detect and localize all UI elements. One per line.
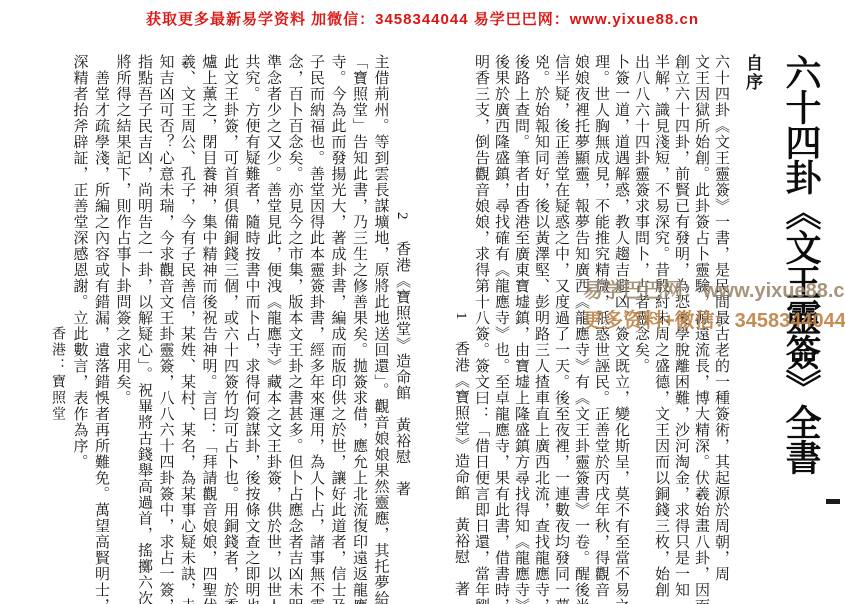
text-column: 將所得之結果記下，則作占事卜卦問簽之求用矣。: [111, 54, 133, 600]
text-column: 共究。方便有疑難者，隨時按書中而卜占，求得何簽謀卦，後按條文查之即明也。: [240, 54, 262, 600]
text-column: 後路上查問。筆者由香港至廣東寶墟鎮，由寶墟上隆盛鎮方尋找得知《龍應寺》，: [511, 54, 531, 600]
page1-attribution: 香港《寶照堂》造命館 黃裕慰 著: [453, 341, 469, 597]
text-column: 理。世人胸無成見，不能推究精微，祇惑世誣民。正善堂於丙戌年秋，得觀音: [591, 54, 611, 600]
preface-columns-page2: 主借荊州。等到雲長謀壙地，原將此地送回還」。觀音娘娘果然靈應，其托夢給「寶照堂」…: [68, 54, 391, 600]
text-column: 指點吾子民吉凶，尚明告之一卦，以解疑心」。祝畢將古錢舉高過首，搖擲六次，: [133, 54, 155, 600]
page2-header: 2 香港《寶照堂》造命館 黃裕慰 著: [391, 54, 413, 600]
page1-number: 1: [453, 312, 469, 321]
page2-attribution: 香港《寶照堂》造命館 黃裕慰 著: [394, 241, 410, 497]
page1-footer: 1 香港《寶照堂》造命館 黃裕慰 著: [451, 54, 471, 600]
text-column: 信半疑，後正善堂在疑惑之中，又度過了一天。後至夜裡，一連數夜均發同一夢: [551, 54, 571, 600]
page-right: 六十四卦《文王靈簽》全書 自序 六十四卦《文王靈簽》一書，是民間最古老的一種簽術…: [441, 40, 845, 600]
text-column: 主借荊州。等到雲長謀壙地，原將此地送回還」。觀音娘娘果然靈應，其托夢給: [369, 54, 391, 600]
page-left: 2 香港《寶照堂》造命館 黃裕慰 著 主借荊州。等到雲長謀壙地，原將此地送回還」…: [44, 40, 412, 600]
text-column: 卜簽一道，道遇解惑，教人趨吉避凶。簽文既立，變化斯呈，莫不有至當不易之: [611, 54, 631, 600]
page2-number: 2: [394, 212, 410, 221]
preface-columns-page1: 六十四卦《文王靈簽》一書，是民間最古老的一種簽術，其起源於周朝，周文王因獄所始創…: [471, 54, 731, 600]
text-column: 知吉凶可否？心意未瑞，今求觀音文王卦靈簽，八八六十四卦簽中，求占一簽，: [154, 54, 176, 600]
text-column: 爐上薰之，閉目養神，集中精神而後祝告神明。言曰：「拜請觀音娘娘，四聖伏: [197, 54, 219, 600]
text-column: 創立六十四卦，前賢已有發明，為恐後學脫離困難，沙河淘金，求得只是一知: [671, 54, 691, 600]
text-column: 兇。於始報知同好，後以黃澤堅、彭明路三人揸車直上廣西北流，查找龍應寺，: [531, 54, 551, 600]
text-column: 出八八六十四卦靈簽求事問卜，占者靈念矣。: [631, 54, 651, 600]
text-column: 六十四卦《文王靈簽》一書，是民間最古老的一種簽術，其起源於周朝，周: [711, 54, 731, 600]
promo-banner-text: 获取更多最新易学资料 加微信：3458344044 易学巴巴网：www.yixu…: [0, 8, 845, 29]
text-column: 準念者少之又少。善堂見此，便洩《龍應寺》藏本之文王卦簽，供於世，以世人: [262, 54, 284, 600]
scan-artifact-mark: [826, 499, 840, 504]
text-column: 明香三支，倒告觀音娘娘，求得第十八簽。簽文曰：「借日便言即日還，當年劉: [471, 54, 491, 600]
text-column: 後果於廣西隆盛鎮，尋找確有《龍應寺》也。至卓龍應寺，果有此書，借書時，: [491, 54, 511, 600]
preface-heading: 自序: [739, 54, 765, 600]
text-column: 念，百卜百念矣。亦見今之市集，版本文王卦之書甚多。但卜占應念者吉凶未明，: [283, 54, 305, 600]
text-column: 「寶照堂」告知此書，乃三生之修善果矣。拋簽求借，應允上北流復印遠返龍應: [348, 54, 370, 600]
text-column: 子民而納福也。善堂因得此本靈簽卦書，經多年來運用，為人卜占，諸事無不靈: [305, 54, 327, 600]
closing-signature: 香港：寶照堂: [46, 54, 68, 600]
text-column: 善堂才疏學淺，所編之內容或有錯漏，遺落錯悞者再所難免。萬望高賢明士，: [90, 54, 112, 600]
text-column: 深精者抬斧辟証，正善堂深感恩謝。立此數言，表作為序。: [68, 54, 90, 600]
text-column: 半解，識見淺短，不易深究。昔殷紂未周之盛德，文王因而以銅錢三枚，始創: [651, 54, 671, 600]
text-column: 羲、文王周公、孔子，今有子民善信，某姓、某村、某名，為某事心疑未訣，未: [176, 54, 198, 600]
text-column: 文王因獄所始創。此卦簽占卜靈驗，源遠流長，博大精深。伏羲始畫八卦，因而: [691, 54, 711, 600]
text-column: 此文王卦簽，可首須俱備銅錢三個，或六十四簽竹均可占卜也。用銅錢者，於香: [219, 54, 241, 600]
text-column: 寺。今為此而發揚光大，著成卦書，編成而版印供之於世，讓好此道者，信士及: [326, 54, 348, 600]
text-column: 娘娘夜裡托夢顯靈，報夢告知廣西《龍應寺》有《文王卦靈簽書》一卷。醒後半: [571, 54, 591, 600]
book-title: 六十四卦《文王靈簽》全書: [769, 54, 833, 600]
